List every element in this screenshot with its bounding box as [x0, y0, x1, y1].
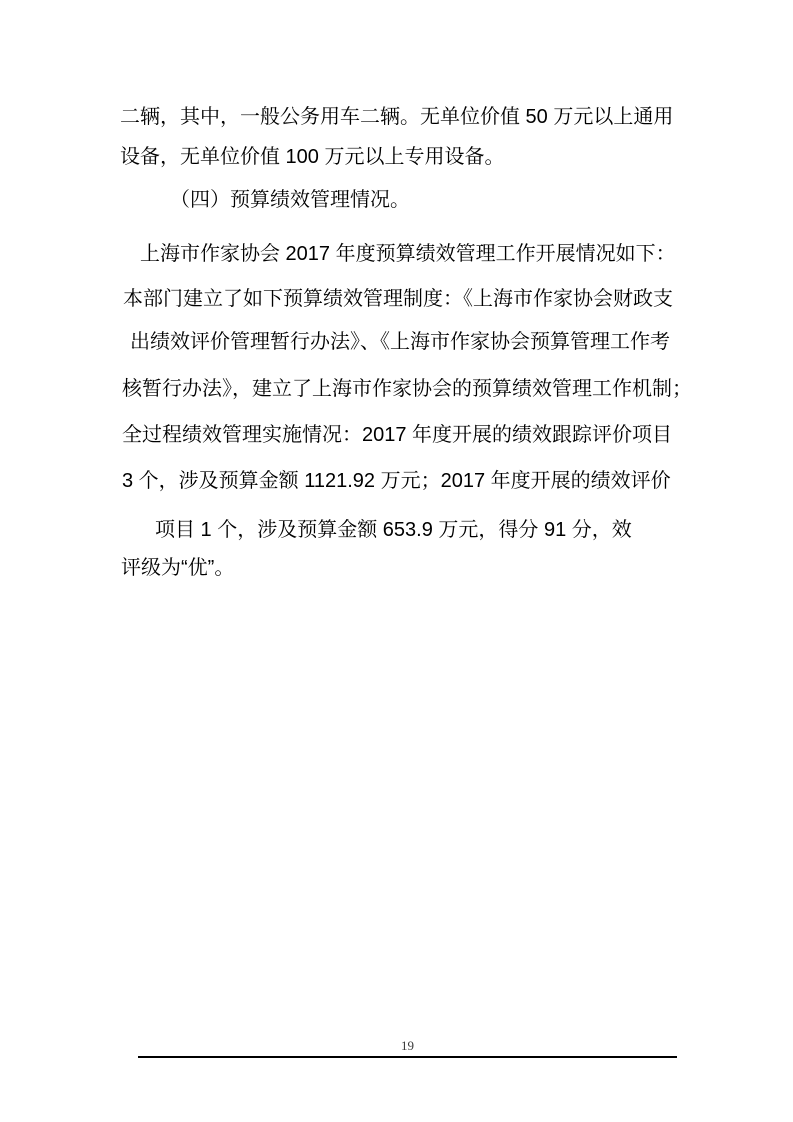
text-line: 出绩效评价管理暂行办法》、《上海市作家协会预算管理工作考 — [130, 331, 670, 354]
section-heading: （四）预算绩效管理情况。 — [170, 189, 410, 212]
text-line: 核暂行办法》，建立了上海市作家协会的预算绩效管理工作机制； — [122, 378, 692, 401]
text-line: 二辆，其中，一般公务用车二辆。无单位价值 50 万元以上通用 — [120, 106, 673, 129]
page-number: 19 — [138, 1038, 677, 1054]
text-line: 全过程绩效管理实施情况：2017 年度开展的绩效跟踪评价项目 — [122, 424, 672, 447]
text-line: 本部门建立了如下预算绩效管理制度：《上海市作家协会财政支 — [123, 288, 673, 311]
text-line: 上海市作家协会 2017 年度预算绩效管理工作开展情况如下： — [140, 243, 676, 266]
text-line: 设备，无单位价值 100 万元以上专用设备。 — [120, 146, 504, 169]
text-line: 项目 1 个，涉及预算金额 653.9 万元，得分 91 分，效 — [155, 519, 632, 542]
document-page: 二辆，其中，一般公务用车二辆。无单位价值 50 万元以上通用 设备，无单位价值 … — [0, 0, 793, 1122]
text-line: 评级为“优”。 — [121, 557, 234, 580]
text-line: 3 个，涉及预算金额 1121.92 万元；2017 年度开展的绩效评价 — [122, 470, 671, 493]
footer-rule — [138, 1056, 677, 1058]
